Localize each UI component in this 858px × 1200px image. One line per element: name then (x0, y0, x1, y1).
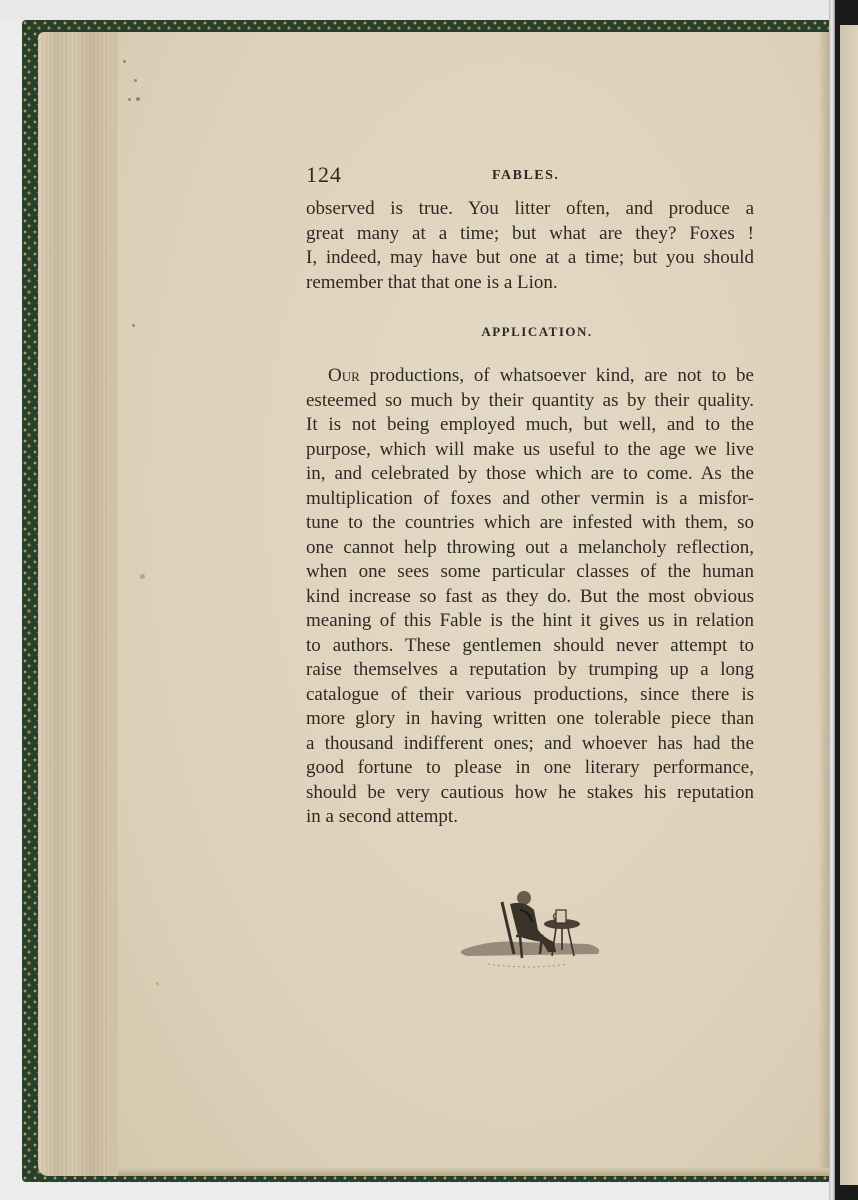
page-number: 124 (306, 162, 342, 188)
text-line: Our productions, of whatsoever kind, are… (306, 364, 754, 389)
text-line: meaning of this Fable is the hint it giv… (306, 609, 754, 634)
text-line: raise themselves a reputation by trumpin… (306, 658, 754, 683)
foxing-spot (134, 79, 137, 82)
text-line: good fortune to please in one literary p… (306, 756, 754, 781)
text-line: tune to the countries which are infested… (306, 511, 754, 536)
text-line: purpose, which will make us useful to th… (306, 438, 754, 463)
text-line: multiplication of foxes and other vermin… (306, 487, 754, 512)
page-block-edge (38, 32, 128, 1176)
text-line: in a second attempt. (306, 805, 754, 830)
running-head: 124 FABLES. (306, 162, 756, 190)
foxing-spot (123, 60, 126, 63)
text-line: observed is true. You litter often, and … (306, 197, 754, 222)
text-line: I, indeed, may have but one at a time; b… (306, 246, 754, 271)
application-paragraph: Our productions, of whatsoever kind, are… (306, 364, 754, 830)
foxing-spot (156, 982, 159, 985)
foxing-spot (128, 98, 131, 101)
foxing-spot (132, 324, 135, 327)
foxing-spot (136, 97, 140, 101)
running-title: FABLES. (492, 168, 559, 184)
facing-page-edge (840, 25, 858, 1185)
text-line: one cannot help throwing out a melanchol… (306, 536, 754, 561)
text-line: more glory in having written one tolerab… (306, 707, 754, 732)
scan-backdrop-bottom (0, 1182, 858, 1200)
text-line: to authors. These gentlemen should never… (306, 634, 754, 659)
text-line: a thousand indifferent ones; and whoever… (306, 732, 754, 757)
page-bottom-edge (118, 1168, 830, 1176)
text-line: catalogue of their various productions, … (306, 683, 754, 708)
text-line: It is not being employed much, but well,… (306, 413, 754, 438)
text-line: great many at a time; but what are they?… (306, 222, 754, 247)
text-fragment: productions, of whatsoever kind, are not… (360, 365, 754, 386)
drop-word: Our (328, 365, 360, 386)
text-line: should be very cautious how he stakes hi… (306, 781, 754, 806)
tailpiece-illustration-icon (458, 880, 608, 980)
text-line: in, and celebrated by those which are to… (306, 462, 754, 487)
text-line: kind increase so fast as they do. But th… (306, 585, 754, 610)
section-heading-application: APPLICATION. (306, 324, 754, 340)
scan-backdrop-top (0, 0, 858, 20)
foxing-spot (140, 574, 145, 579)
fable-conclusion: observed is true. You litter often, and … (306, 197, 754, 295)
text-line: remember that that one is a Lion. (306, 271, 754, 296)
text-line: esteemed so much by their quantity as by… (306, 389, 754, 414)
text-line: when one sees some particular classes of… (306, 560, 754, 585)
